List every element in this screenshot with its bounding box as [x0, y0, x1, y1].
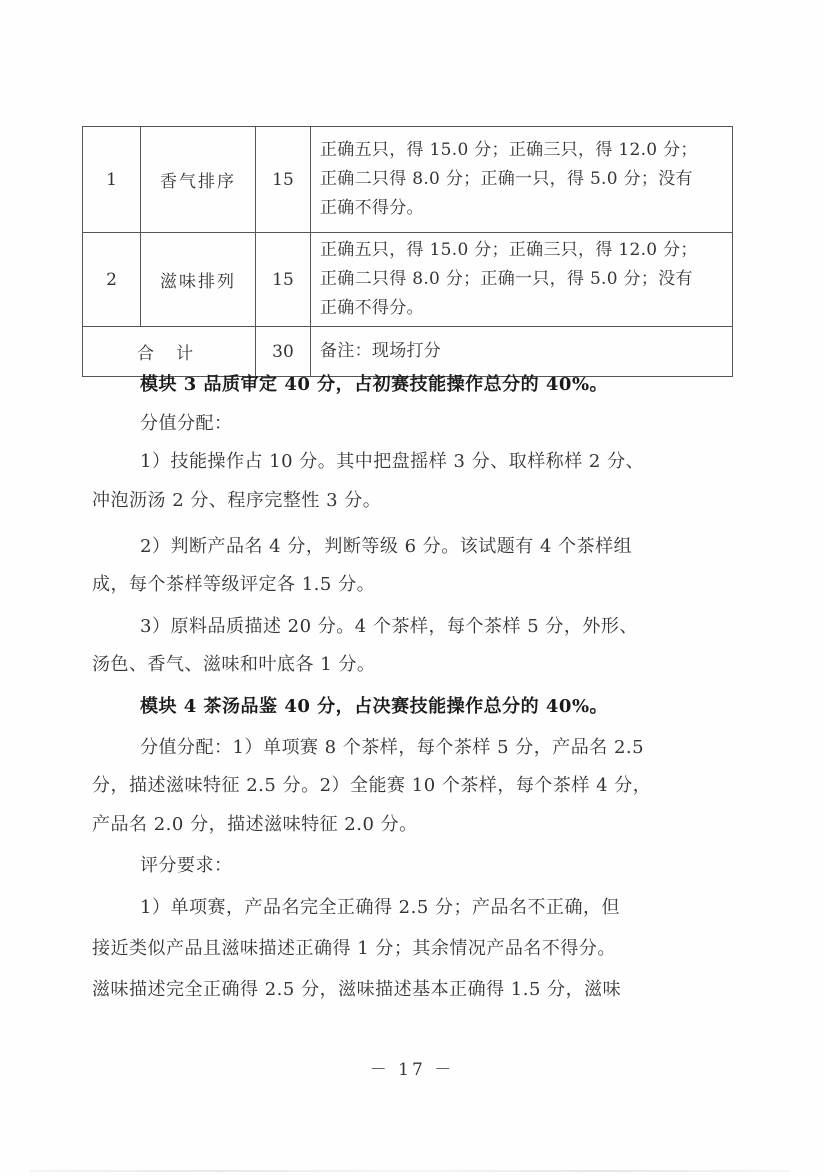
row-rule: 正确五只，得 15.0 分；正确三只，得 12.0 分； 正确二只得 8.0 分… — [311, 233, 733, 327]
row-rule: 正确五只，得 15.0 分；正确三只，得 12.0 分； 正确二只得 8.0 分… — [311, 127, 733, 233]
rule-line: 正确不得分。 — [320, 194, 726, 223]
module3-item-line: 3）原料品质描述 20 分。4 个茶样，每个茶样 5 分，外形、 — [0, 612, 824, 638]
module3-item-line: 汤色、香气、滋味和叶底各 1 分。 — [0, 650, 824, 676]
row-item-name: 香气排序 — [141, 127, 256, 233]
rule-line: 正确五只，得 15.0 分；正确三只，得 12.0 分； — [320, 136, 726, 165]
module3-item-line: 冲泡沥汤 2 分、程序完整性 3 分。 — [0, 486, 824, 512]
rule-line: 正确不得分。 — [320, 294, 726, 323]
scan-edge-divider — [30, 1170, 790, 1172]
module3-item-line: 1）技能操作占 10 分。其中把盘摇样 3 分、取样称样 2 分、 — [0, 447, 824, 473]
total-points: 30 — [256, 327, 311, 377]
row-number: 1 — [83, 127, 141, 233]
total-note: 备注：现场打分 — [311, 327, 733, 377]
module3-item-line: 2）判断产品名 4 分，判断等级 6 分。该试题有 4 个茶样组 — [0, 532, 824, 558]
document-page: 1 香气排序 15 正确五只，得 15.0 分；正确三只，得 12.0 分； 正… — [0, 0, 824, 1176]
table-total-row: 合计 30 备注：现场打分 — [83, 327, 733, 377]
page-number: － 17 － — [0, 1055, 824, 1080]
rule-line: 正确二只得 8.0 分；正确一只，得 5.0 分；没有 — [320, 165, 726, 194]
table-row: 2 滋味排列 15 正确五只，得 15.0 分；正确三只，得 12.0 分； 正… — [83, 233, 733, 327]
module4-allocation-line: 分值分配：1）单项赛 8 个茶样，每个茶样 5 分，产品名 2.5 — [0, 733, 824, 759]
row-points: 15 — [256, 127, 311, 233]
module4-scoring-line: 1）单项赛，产品名完全正确得 2.5 分；产品名不正确，但 — [0, 893, 824, 919]
module4-scoring-line: 滋味描述完全正确得 2.5 分，滋味描述基本正确得 1.5 分，滋味 — [0, 975, 824, 1001]
scoring-table: 1 香气排序 15 正确五只，得 15.0 分；正确三只，得 12.0 分； 正… — [82, 126, 733, 377]
rule-line: 正确五只，得 15.0 分；正确三只，得 12.0 分； — [320, 236, 726, 265]
module3-item-line: 成，每个茶样等级评定各 1.5 分。 — [0, 570, 824, 596]
rule-line: 正确二只得 8.0 分；正确一只，得 5.0 分；没有 — [320, 265, 726, 294]
module4-scoring-line: 接近类似产品且滋味描述正确得 1 分；其余情况产品名不得分。 — [0, 934, 824, 960]
module4-allocation-line: 分，描述滋味特征 2.5 分。2）全能赛 10 个茶样，每个茶样 4 分， — [0, 771, 824, 797]
row-points: 15 — [256, 233, 311, 327]
row-item-name: 滋味排列 — [141, 233, 256, 327]
module4-scoring-heading: 评分要求： — [0, 851, 824, 877]
module3-heading: 模块 3 品质审定 40 分，占初赛技能操作总分的 40%。 — [0, 370, 824, 396]
module4-allocation-line: 产品名 2.0 分，描述滋味特征 2.0 分。 — [0, 810, 824, 836]
module3-subheading: 分值分配： — [0, 409, 824, 435]
row-number: 2 — [83, 233, 141, 327]
table-row: 1 香气排序 15 正确五只，得 15.0 分；正确三只，得 12.0 分； 正… — [83, 127, 733, 233]
module4-heading: 模块 4 茶汤品鉴 40 分，占决赛技能操作总分的 40%。 — [0, 692, 824, 718]
total-label: 合计 — [83, 327, 256, 377]
